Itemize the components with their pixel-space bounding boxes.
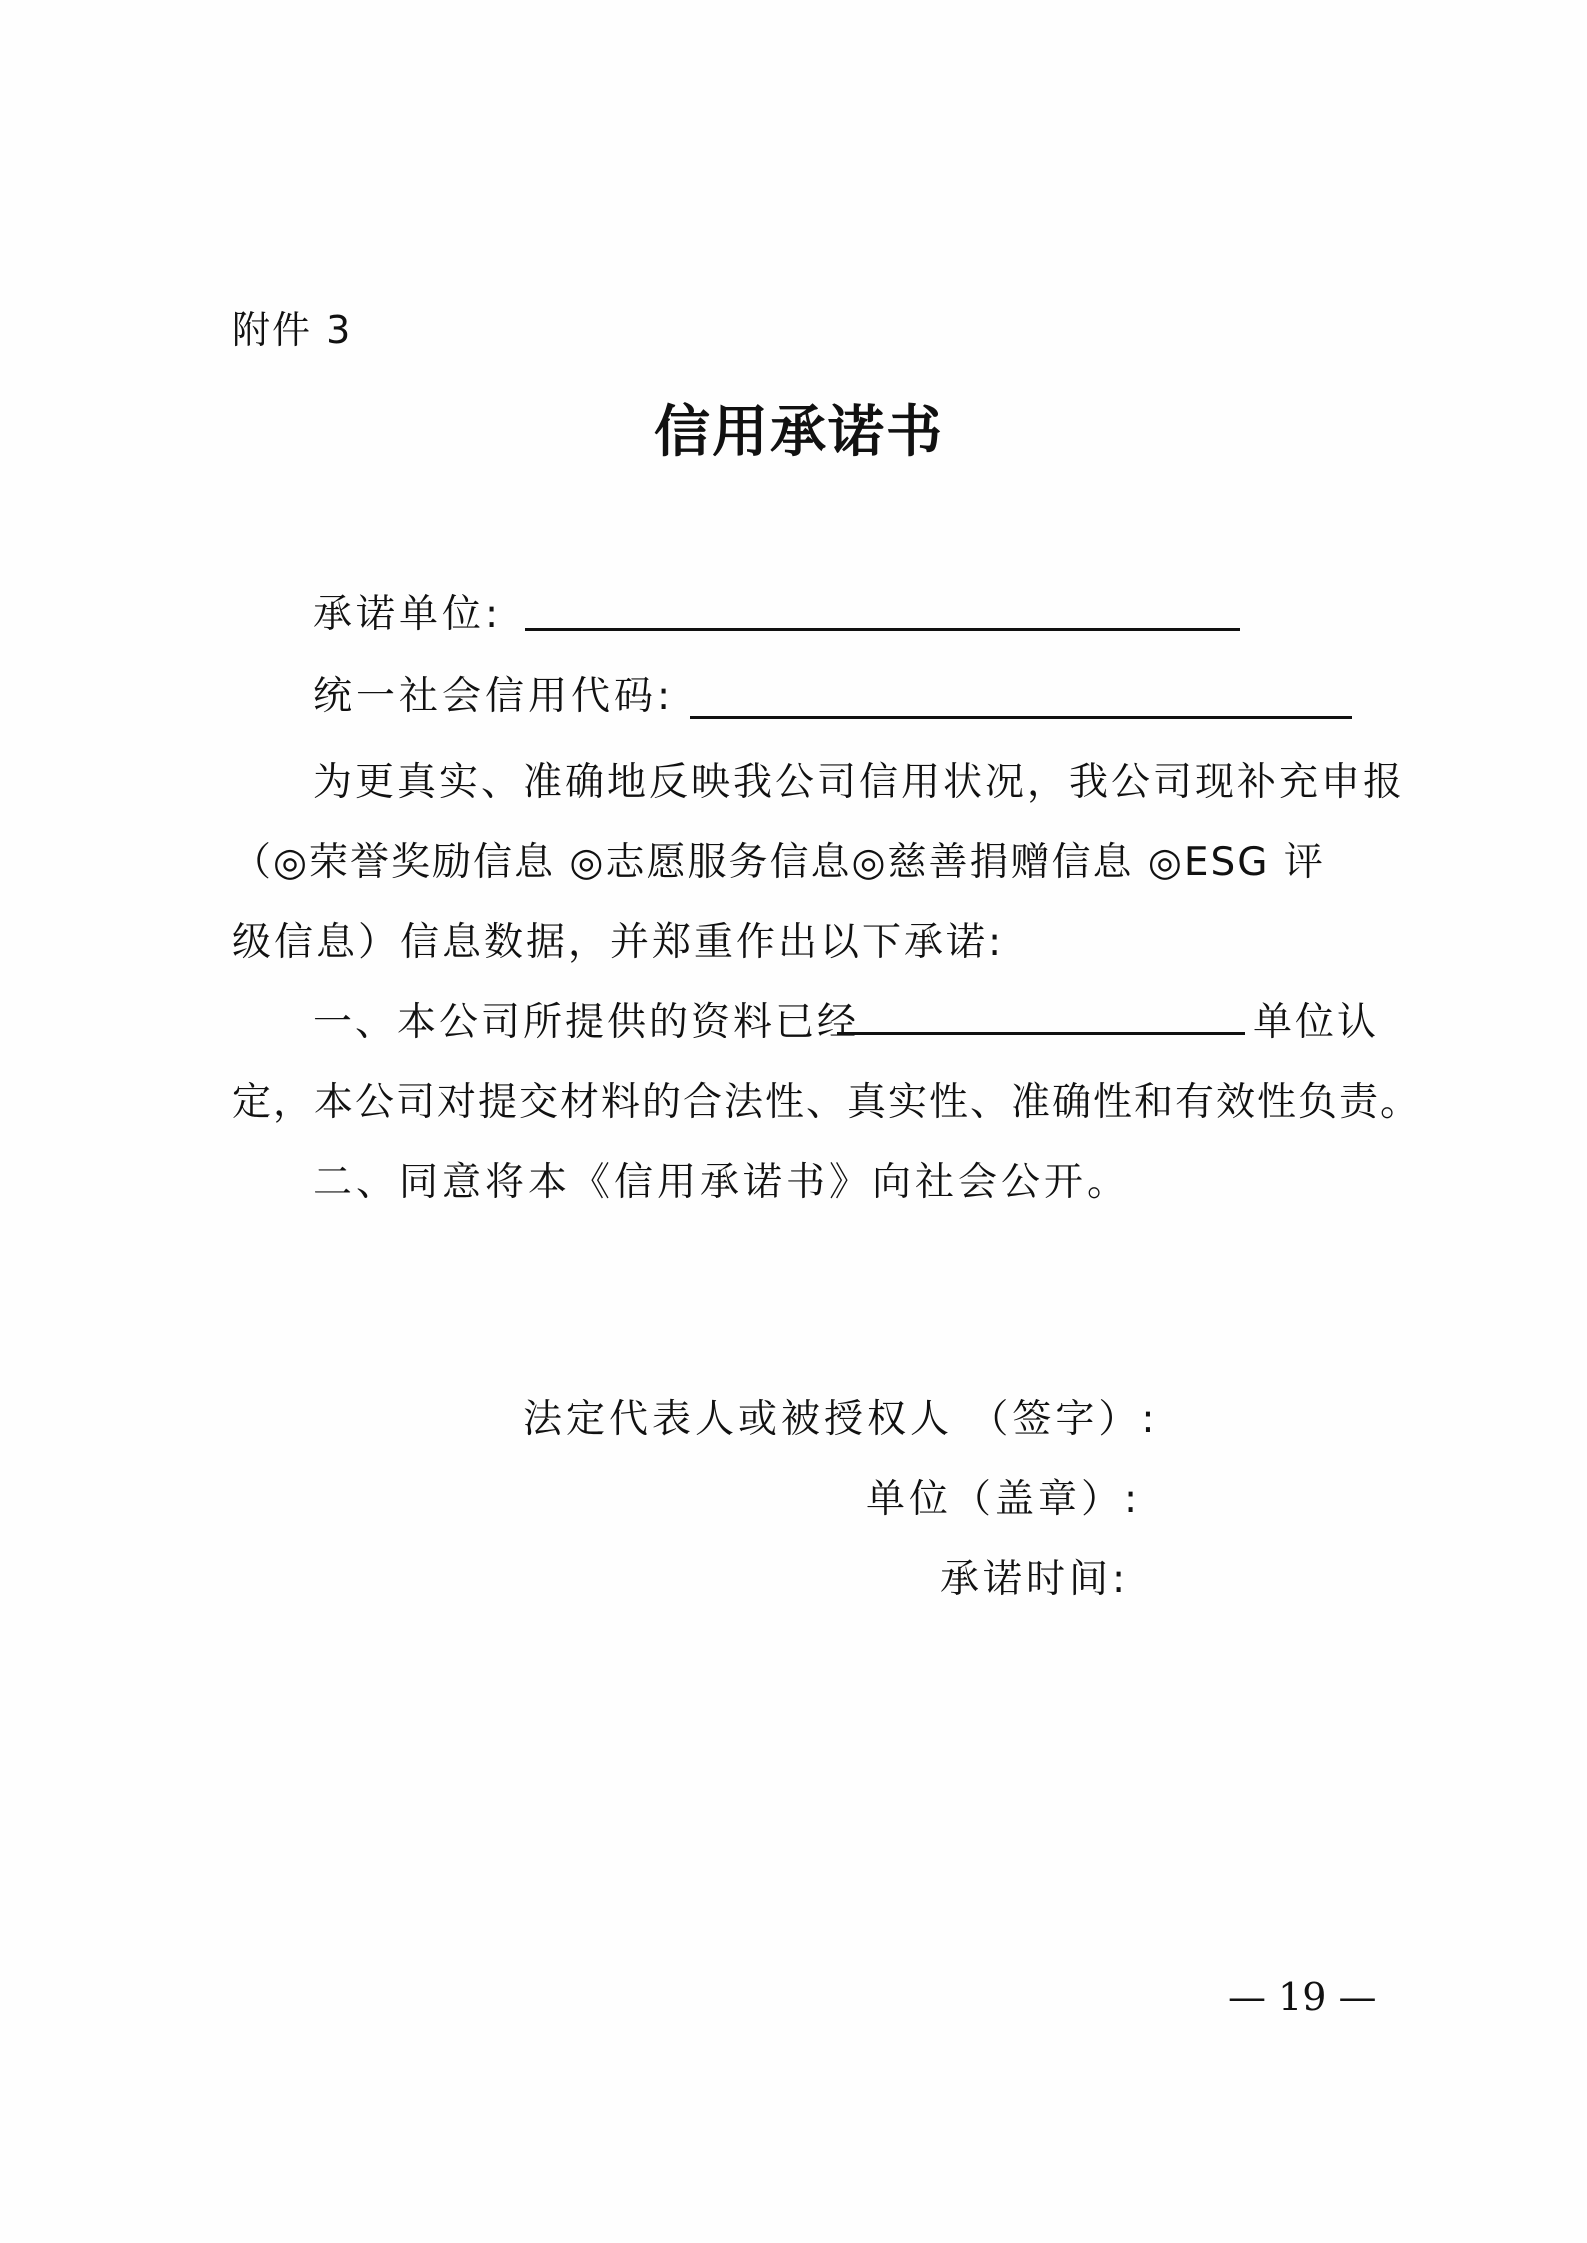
intro-line-3: 级信息）信息数据，并郑重作出以下承诺: [232,918,1004,968]
page-number: — 19 — [1228,1975,1377,2019]
intro-line-2: （◎荣誉奖励信息 ◎志愿服务信息◎慈善捐赠信息 ◎ESG 评 [232,838,1325,888]
certifying-unit-input[interactable] [837,1032,1245,1035]
unit-seal-label: 单位（盖章）: [866,1475,1141,1525]
unit-field-label: 承诺单位: [313,590,502,640]
commitment-1-prefix: 一、本公司所提供的资料已经 [313,998,859,1048]
commitment-2: 二、同意将本《信用承诺书》向社会公开。 [313,1158,1130,1208]
intro-line-1: 为更真实、准确地反映我公司信用状况，我公司现补充申报 [313,758,1405,808]
document-title: 信用承诺书 [654,398,944,466]
commitment-1-suffix: 单位认 [1253,998,1379,1048]
credit-code-field-input[interactable] [690,716,1352,719]
document-page: 附件 3 信用承诺书 承诺单位: 统一社会信用代码: 为更真实、准确地反映我公司… [0,0,1587,2243]
unit-field-input[interactable] [525,628,1240,631]
representative-signature-label: 法定代表人或被授权人 （签字）: [523,1395,1159,1445]
attachment-label: 附件 3 [232,305,352,355]
credit-code-field-label: 统一社会信用代码: [313,672,674,722]
commitment-date-label: 承诺时间: [940,1555,1129,1605]
commitment-1-line-2: 定，本公司对提交材料的合法性、真实性、准确性和有效性负责。 [232,1078,1421,1128]
